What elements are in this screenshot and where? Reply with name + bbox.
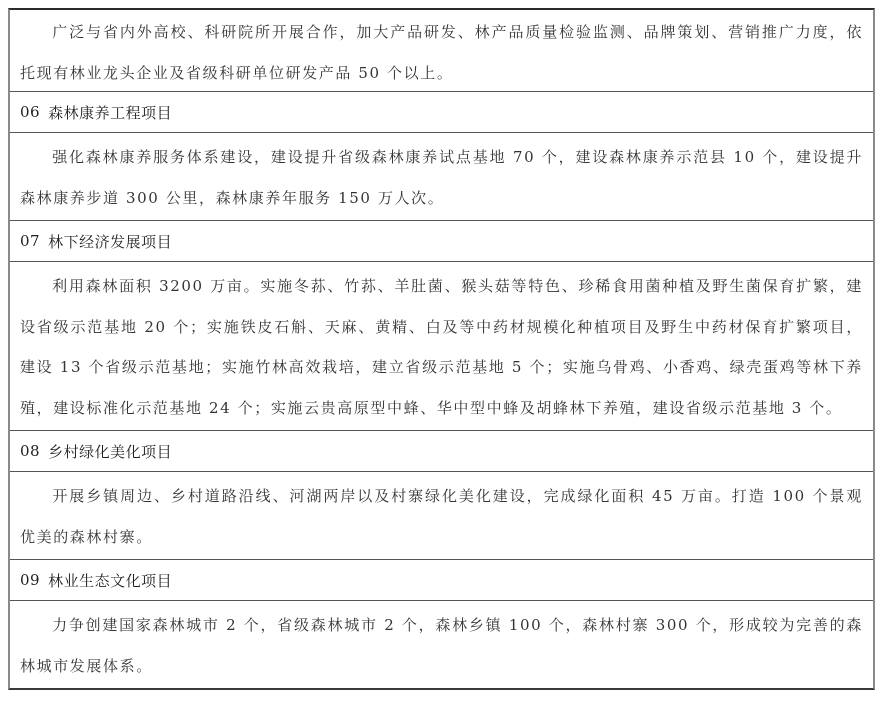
section-heading-06: 06 森林康养工程项目: [10, 92, 873, 133]
section-body-text: 利用森林面积 3200 万亩。实施冬荪、竹荪、羊肚菌、猴头菇等特色、珍稀食用菌种…: [20, 277, 863, 417]
project-table: 广泛与省内外高校、科研院所开展合作，加大产品研发、林产品质量检验监测、品牌策划、…: [8, 8, 875, 690]
section-body-08: 开展乡镇周边、乡村道路沿线、河湖两岸以及村寨绿化美化建设，完成绿化面积 45 万…: [10, 472, 873, 560]
section-heading-08: 08 乡村绿化美化项目: [10, 431, 873, 472]
section-number: 06: [20, 103, 40, 121]
section-number: 08: [20, 442, 40, 460]
section-body-07: 利用森林面积 3200 万亩。实施冬荪、竹荪、羊肚菌、猴头菇等特色、珍稀食用菌种…: [10, 262, 873, 431]
section-title: 森林康养工程项目: [48, 102, 172, 123]
intro-text: 广泛与省内外高校、科研院所开展合作，加大产品研发、林产品质量检验监测、品牌策划、…: [20, 23, 863, 82]
section-body-09: 力争创建国家森林城市 2 个，省级森林城市 2 个，森林乡镇 100 个，森林村…: [10, 601, 873, 688]
section-number: 09: [20, 571, 40, 589]
section-heading-09: 09 林业生态文化项目: [10, 560, 873, 601]
intro-paragraph: 广泛与省内外高校、科研院所开展合作，加大产品研发、林产品质量检验监测、品牌策划、…: [10, 10, 873, 92]
section-title: 林下经济发展项目: [48, 231, 172, 252]
section-title: 林业生态文化项目: [48, 570, 172, 591]
section-body-text: 力争创建国家森林城市 2 个，省级森林城市 2 个，森林乡镇 100 个，森林村…: [20, 616, 863, 675]
section-number: 07: [20, 232, 40, 250]
section-body-text: 开展乡镇周边、乡村道路沿线、河湖两岸以及村寨绿化美化建设，完成绿化面积 45 万…: [20, 487, 863, 546]
section-body-06: 强化森林康养服务体系建设，建设提升省级森林康养试点基地 70 个，建设森林康养示…: [10, 133, 873, 221]
section-heading-07: 07 林下经济发展项目: [10, 221, 873, 262]
section-body-text: 强化森林康养服务体系建设，建设提升省级森林康养试点基地 70 个，建设森林康养示…: [20, 148, 863, 207]
section-title: 乡村绿化美化项目: [48, 441, 172, 462]
